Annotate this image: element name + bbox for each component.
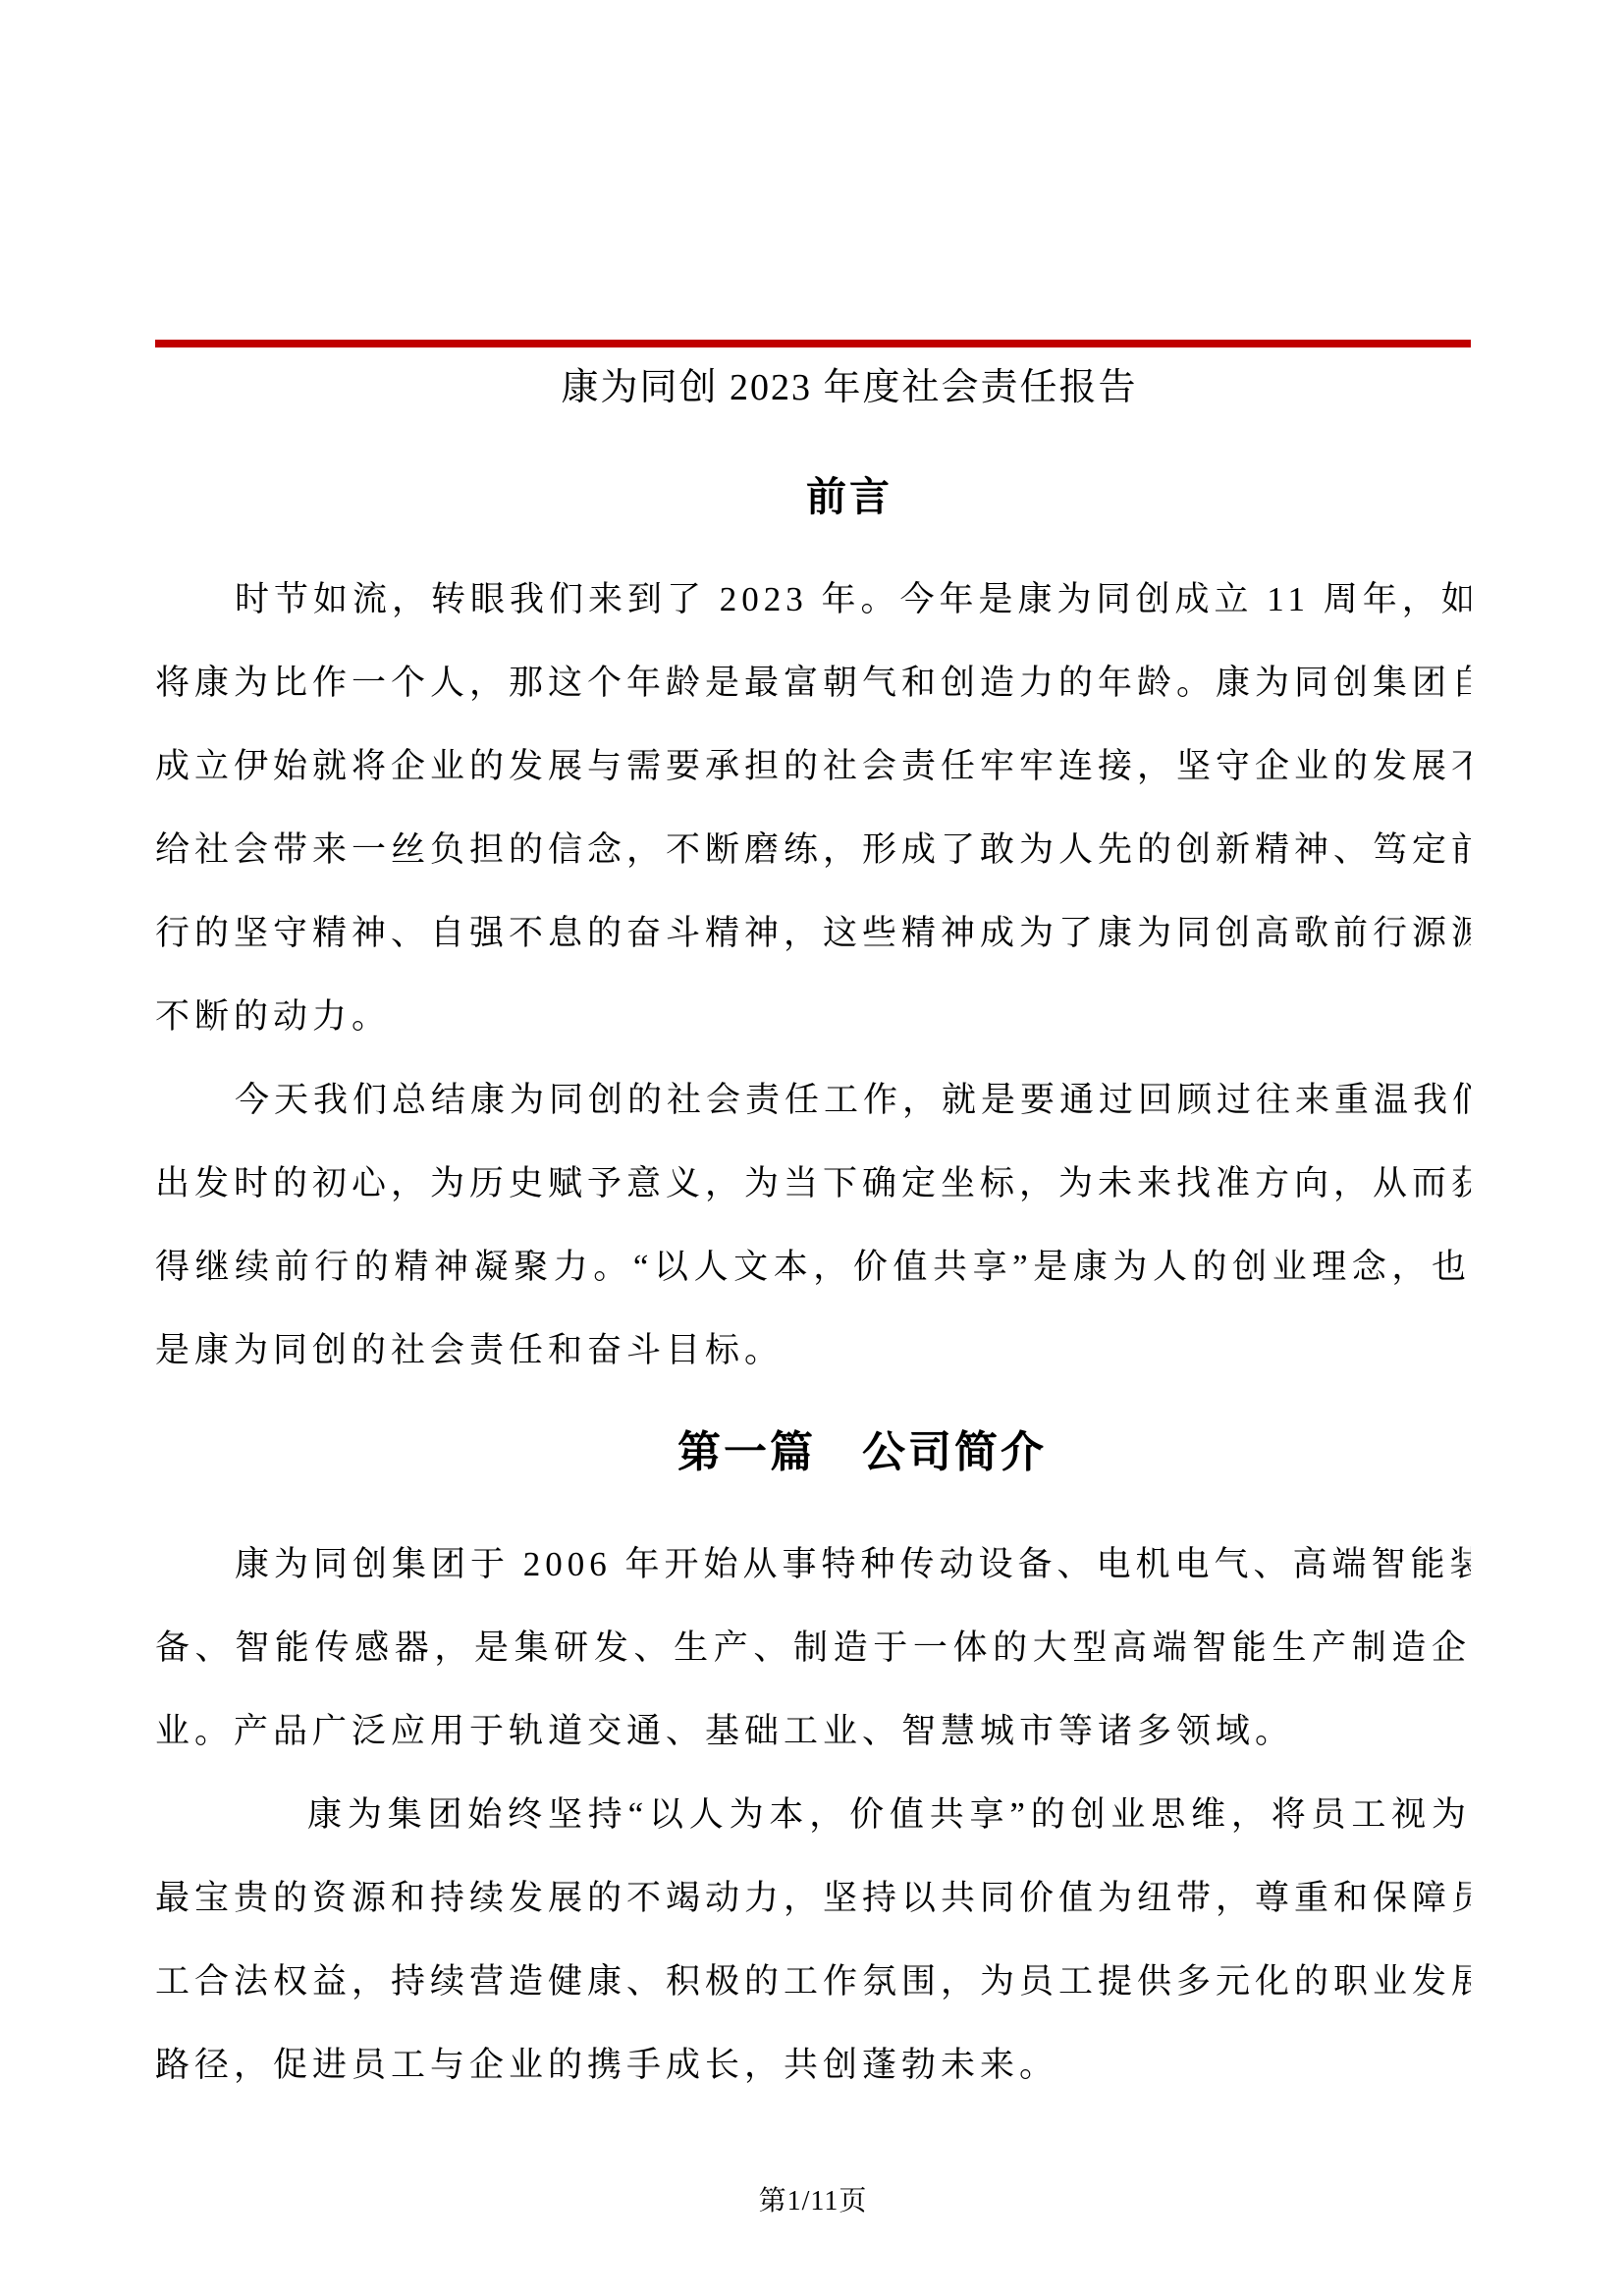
paragraph-line: 最宝贵的资源和持续发展的不竭动力，坚持以共同价值为纽带，尊重和保障员 (155, 1856, 1471, 1940)
paragraph-line: 得继续前行的精神凝聚力。“以人文本，价值共享”是康为人的创业理念，也 (155, 1225, 1471, 1308)
document-title: 康为同创 2023 年度社会责任报告 (155, 360, 1471, 415)
paragraph-line: 康为集团始终坚持“以人为本，价值共享”的创业思维，将员工视为 (155, 1773, 1471, 1856)
preface-paragraph-1: 时节如流，转眼我们来到了 2023 年。今年是康为同创成立 11 周年，如果将康… (155, 558, 1471, 1058)
part1-paragraph-2: 康为集团始终坚持“以人为本，价值共享”的创业思维，将员工视为最宝贵的资源和持续发… (155, 1773, 1471, 2107)
paragraph-line: 路径，促进员工与企业的携手成长，共创蓬勃未来。 (155, 2023, 1471, 2107)
paragraph-line: 不断的动力。 (155, 975, 1471, 1058)
preface-paragraph-2: 今天我们总结康为同创的社会责任工作，就是要通过回顾过往来重温我们出发时的初心，为… (155, 1058, 1471, 1392)
paragraph-line: 时节如流，转眼我们来到了 2023 年。今年是康为同创成立 11 周年，如果 (155, 558, 1471, 641)
paragraph-line: 工合法权益，持续营造健康、积极的工作氛围，为员工提供多元化的职业发展 (155, 1940, 1471, 2023)
paragraph-line: 出发时的初心，为历史赋予意义，为当下确定坐标，为未来找准方向，从而获 (155, 1142, 1471, 1225)
paragraph-line: 业。产品广泛应用于轨道交通、基础工业、智慧城市等诸多领域。 (155, 1689, 1471, 1773)
paragraph-line: 是康为同创的社会责任和奋斗目标。 (155, 1308, 1471, 1392)
preface-heading: 前言 (155, 469, 1471, 524)
title-rule (155, 340, 1471, 347)
part1-heading: 第一篇 公司简介 (155, 1421, 1471, 1484)
paragraph-line: 给社会带来一丝负担的信念，不断磨练，形成了敢为人先的创新精神、笃定前 (155, 808, 1471, 891)
paragraph-line: 备、智能传感器，是集研发、生产、制造于一体的大型高端智能生产制造企 (155, 1606, 1471, 1689)
page-number: 第1/11页 (155, 2182, 1471, 2221)
document-page: 康为同创 2023 年度社会责任报告 前言 时节如流，转眼我们来到了 2023 … (0, 0, 1624, 2296)
paragraph-line: 将康为比作一个人，那这个年龄是最富朝气和创造力的年龄。康为同创集团自 (155, 641, 1471, 724)
paragraph-line: 今天我们总结康为同创的社会责任工作，就是要通过回顾过往来重温我们 (155, 1058, 1471, 1142)
paragraph-line: 行的坚守精神、自强不息的奋斗精神，这些精神成为了康为同创高歌前行源源 (155, 891, 1471, 975)
part1-paragraph-1: 康为同创集团于 2006 年开始从事特种传动设备、电机电气、高端智能装备、智能传… (155, 1522, 1471, 1773)
paragraph-line: 成立伊始就将企业的发展与需要承担的社会责任牢牢连接，坚守企业的发展不 (155, 724, 1471, 808)
paragraph-line: 康为同创集团于 2006 年开始从事特种传动设备、电机电气、高端智能装 (155, 1522, 1471, 1606)
